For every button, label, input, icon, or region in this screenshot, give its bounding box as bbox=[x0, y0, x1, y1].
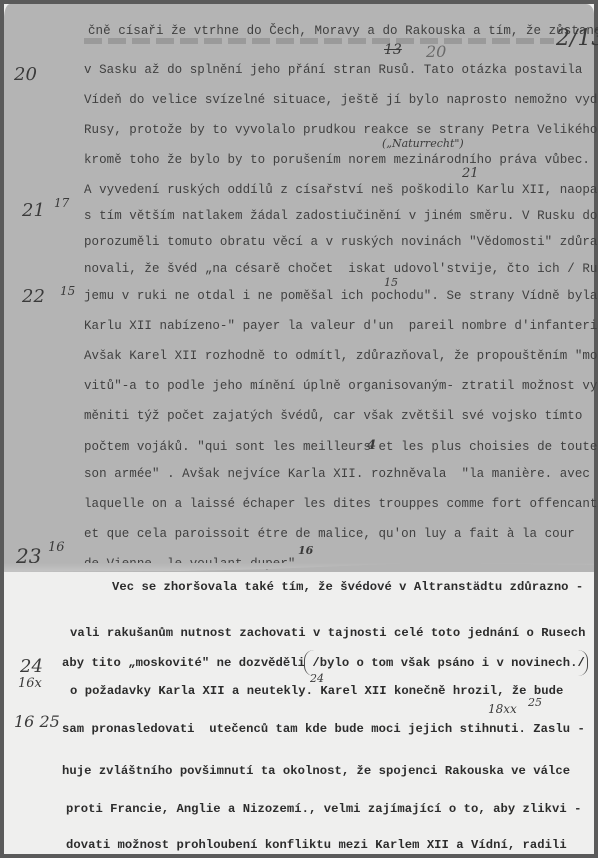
text-line: A vyvedení ruských oddílů z císařství ne… bbox=[84, 183, 598, 197]
inline-number-annotation: 21 bbox=[462, 166, 479, 181]
text-line: son armée" . Avšak nejvíce Karla XII. ro… bbox=[84, 467, 590, 481]
text-line: měniti týž počet zajatých švédů, car vša… bbox=[84, 409, 582, 423]
inline-number-annotation: 15 bbox=[384, 276, 398, 289]
text-line: v Sasku až do splnění jeho přání stran R… bbox=[84, 63, 582, 77]
margin-note: 16x bbox=[18, 676, 42, 691]
text-line: porozuměli tomuto obratu věcí a v ruskýc… bbox=[84, 235, 598, 249]
naturrecht-annotation: („Naturrecht") bbox=[382, 137, 464, 150]
inline-number-annotation: 24 bbox=[310, 672, 324, 685]
struck-through-line bbox=[84, 38, 554, 44]
margin-note: 23 bbox=[16, 544, 41, 568]
inline-number-annotation: 18xx bbox=[488, 702, 517, 716]
text-line: vitů"-a to podle jeho mínění úplně organ… bbox=[84, 379, 598, 393]
text-line: kromě toho že bylo by to porušením norem… bbox=[84, 153, 590, 167]
text-line: Karlu XII nabízeno-" payer la valeur d'u… bbox=[84, 319, 598, 333]
margin-note: 15 bbox=[60, 284, 75, 298]
margin-note: 16 bbox=[48, 540, 65, 555]
margin-note: 21 bbox=[22, 200, 45, 221]
upper-paper-section: čně císaři že vtrhne do Čech, Moravy a d… bbox=[4, 4, 594, 572]
text-line: počtem vojáků. "qui sont les meilleurs e… bbox=[84, 440, 597, 454]
margin-note: 17 bbox=[54, 196, 69, 210]
crossed-annotation: 13 bbox=[384, 42, 402, 58]
page-number-annotation: 2/13 bbox=[556, 26, 598, 51]
text-line: et que cela paroissoit étre de malice, q… bbox=[84, 527, 575, 541]
text-line: Avšak Karel XII rozhodně to odmítl, zdůr… bbox=[84, 349, 598, 363]
text-line: Vec se zhoršovala také tím, že švédové v… bbox=[112, 580, 583, 594]
inline-number-annotation: 16 bbox=[298, 544, 313, 557]
margin-note: 22 bbox=[22, 286, 45, 307]
margin-note: 16 25 bbox=[14, 712, 60, 731]
text-line: novali, že švéd „na césarě chočet iskat … bbox=[84, 262, 598, 276]
text-line: čně císaři že vtrhne do Čech, Moravy a d… bbox=[88, 24, 598, 38]
text-line: Vídeň do velice svízelné situace, ještě … bbox=[84, 93, 598, 107]
inline-number-annotation: 25 bbox=[528, 696, 542, 709]
text-line: s tím větším natlakem žádal zadostiučině… bbox=[84, 209, 598, 223]
text-line: laquelle on a laissé échaper les dites t… bbox=[84, 497, 598, 511]
text-line: dovati možnost prohloubení konfliktu mez… bbox=[66, 838, 567, 852]
document-page: čně císaři že vtrhne do Čech, Moravy a d… bbox=[4, 4, 594, 854]
margin-note: 20 bbox=[14, 64, 37, 85]
lower-paper-section: Vec se zhoršovala také tím, že švédové v… bbox=[4, 572, 594, 854]
text-line: o požadavky Karla XII a neutekly. Karel … bbox=[70, 684, 563, 698]
text-line: sam pronasledovati utečenců tam kde bude… bbox=[62, 722, 585, 736]
text-line: jemu v ruki ne otdal i ne poměšal ich po… bbox=[84, 289, 597, 303]
text-line: Rusy, protože by to vyvolalo prudkou rea… bbox=[84, 123, 598, 137]
text-line: huje zvláštního povšimnutí ta okolnost, … bbox=[62, 764, 570, 778]
inline-number-annotation: 20 bbox=[426, 42, 446, 61]
text-line: de Vienne, le voulant duper". bbox=[84, 557, 303, 571]
text-line: vali rakušanům nutnost zachovati v tajno… bbox=[70, 626, 585, 640]
parenthetical-bracket bbox=[304, 650, 588, 676]
margin-note: 24 bbox=[20, 656, 43, 677]
text-line: proti Francie, Anglie a Nizozemí., velmi… bbox=[66, 802, 581, 816]
inline-number-annotation: 4 bbox=[367, 438, 376, 453]
